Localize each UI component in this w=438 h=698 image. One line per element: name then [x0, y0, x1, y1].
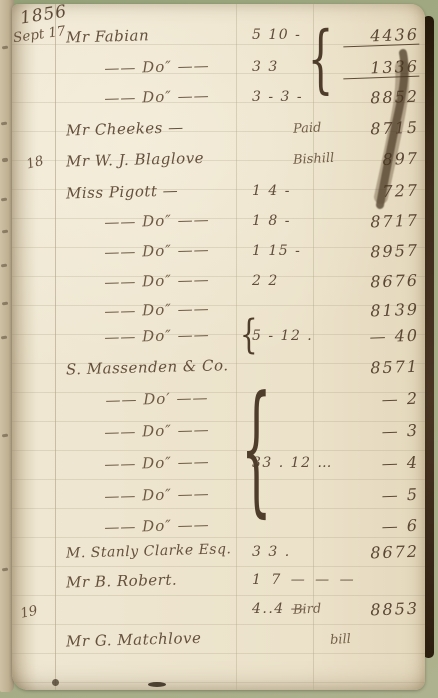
ledger-row: —— Do″ —— 3 3 1336 [0, 58, 438, 85]
ledger-row: —— Do″ —— 5 - 12 . — 40 [0, 327, 438, 354]
entry-name: M. Stanly Clarke Esq. [66, 540, 266, 561]
entry-name: —— Do″ —— [82, 299, 232, 321]
entry-ref-number: 8676 [343, 271, 420, 293]
ledger-row: —— Do″ —— 3 - 3 - 8852 [0, 88, 438, 115]
entry-name [66, 598, 254, 603]
entry-date [13, 117, 61, 124]
entry-amount: 33 . 12 … [252, 455, 344, 471]
entry-ref-number: 8957 [343, 241, 420, 263]
entry-date [13, 210, 61, 217]
entry-name: Mr G. Matchlove [66, 628, 254, 651]
entry-ref-number: — 3 [343, 421, 420, 443]
scanned-ledger-photo: { "page": { "year": "1856", "rows": [ {"… [0, 0, 438, 698]
entry-amount: 1 8 - [252, 213, 344, 229]
ledger-row: Mr G. Matchlove bill [0, 630, 438, 657]
entry-name: —— Do″ —— [82, 86, 232, 108]
entry-name: —— Do″ —— [82, 452, 232, 474]
entry-amount: 2 2 [252, 273, 344, 289]
entry-amount: 5 10 - [252, 27, 344, 43]
entry-ref-number: 8852 [343, 87, 420, 109]
entry-ref-number: 8139 [343, 300, 420, 322]
entry-annotation: bill [330, 629, 403, 648]
entry-date [13, 356, 61, 363]
entry-name: —— Do″ —— [82, 484, 232, 506]
entry-name: —— Do″ —— [82, 270, 232, 292]
entry-amount: 5 - 12 . [252, 328, 344, 344]
ledger-row: 19 4..4 — Bird 8853 [0, 600, 438, 627]
entry-ref-number: 4436 [343, 25, 420, 48]
ledger-row: Sept 17 Mr Fabian 5 10 - 4436 [0, 26, 438, 53]
entry-name: —— Do′ —— [82, 388, 232, 410]
ledger-row: —— Do′ —— — 2 [0, 390, 438, 417]
ledger-row: M. Stanly Clarke Esq. 3 3 . 8672 [0, 543, 438, 570]
entry-name: —— Do″ —— [82, 515, 232, 537]
entry-date [13, 420, 61, 427]
entry-date [13, 388, 61, 395]
entry-date [13, 452, 61, 459]
handwriting-layer: 1856 Sept 17 Mr Fabian 5 10 - 4436 —— Do… [0, 0, 438, 698]
entry-name: —— Do″ —— [82, 325, 232, 347]
ledger-row: —— Do″ —— 2 2 8676 [0, 272, 438, 299]
entry-date [13, 56, 61, 63]
entry-amount: 1 7 — — — [252, 572, 427, 588]
entry-date [13, 299, 61, 306]
ledger-row: —— Do″ —— — 5 [0, 486, 438, 513]
ledger-row: Mr Cheekes — Paid 8715 [0, 119, 438, 146]
entry-ref-number: 8571 [343, 357, 420, 379]
entry-ref-number: 8715 [343, 118, 420, 140]
entry-date [13, 240, 61, 247]
entry-ref-number: — 5 [343, 485, 420, 507]
entry-name: —— Do″ —— [82, 56, 232, 78]
ledger-row: —— Do″ —— — 3 [0, 422, 438, 449]
entry-name: —— Do″ —— [82, 420, 232, 442]
entry-name: Miss Pigott — [66, 180, 254, 203]
ledger-row: Mr B. Robert. 1 7 — — — [0, 571, 438, 598]
ledger-row: —— Do″ —— — 6 [0, 517, 438, 544]
entry-name: Mr W. J. Blaglove [66, 148, 254, 171]
entry-name: Mr B. Robert. [66, 569, 254, 592]
entry-ref-number: — 6 [343, 516, 420, 538]
entry-ref-number: — 40 [343, 326, 420, 348]
entry-ref-number: — 4 [343, 453, 420, 475]
ledger-row: Miss Pigott — 1 4 - 727 [0, 182, 438, 209]
entry-date [13, 86, 61, 93]
entry-ref-number: — 2 [343, 389, 420, 411]
entry-date [13, 270, 61, 277]
entry-name: Mr Fabian [66, 24, 254, 47]
entry-amount: 1 15 - [252, 243, 344, 259]
entry-name: Mr Cheekes — [66, 117, 254, 140]
ledger-row: —— Do″ —— 1 8 - 8717 [0, 212, 438, 239]
ledger-row: —— Do″ —— 8139 [0, 301, 438, 328]
entry-name: —— Do″ —— [82, 210, 232, 232]
entry-ref-number: 1336 [343, 57, 420, 80]
ledger-row: 18 Mr W. J. Blaglove Bishill 897 [0, 150, 438, 177]
entry-amount: 1 4 - [252, 183, 344, 199]
entry-date [13, 628, 61, 635]
ledger-row: S. Massenden & Co. 8571 [0, 358, 438, 385]
entry-name: S. Massenden & Co. [66, 356, 254, 379]
ink-blot [52, 679, 59, 686]
entry-ref-number: 8717 [343, 211, 420, 233]
ink-blot [148, 682, 166, 687]
ledger-row: —— Do″ —— 33 . 12 … — 4 [0, 454, 438, 481]
entry-ref-number: 8853 [343, 599, 420, 621]
entry-ref-number: 727 [343, 181, 420, 203]
entry-amount: 3 3 . [252, 544, 344, 560]
entry-date [13, 515, 61, 522]
entry-ref-number: 8672 [343, 542, 420, 564]
entry-date: 19 [19, 596, 69, 622]
entry-date: Sept 17 [12, 24, 62, 47]
entry-date [13, 180, 61, 187]
entry-name: —— Do″ —— [82, 240, 232, 262]
entry-amount: 3 3 [252, 59, 344, 75]
entry-ref-number: 897 [343, 149, 420, 171]
ledger-row: —— Do″ —— 1 15 - 8957 [0, 242, 438, 269]
entry-amount: 3 - 3 - [252, 89, 344, 105]
entry-date [13, 484, 61, 491]
